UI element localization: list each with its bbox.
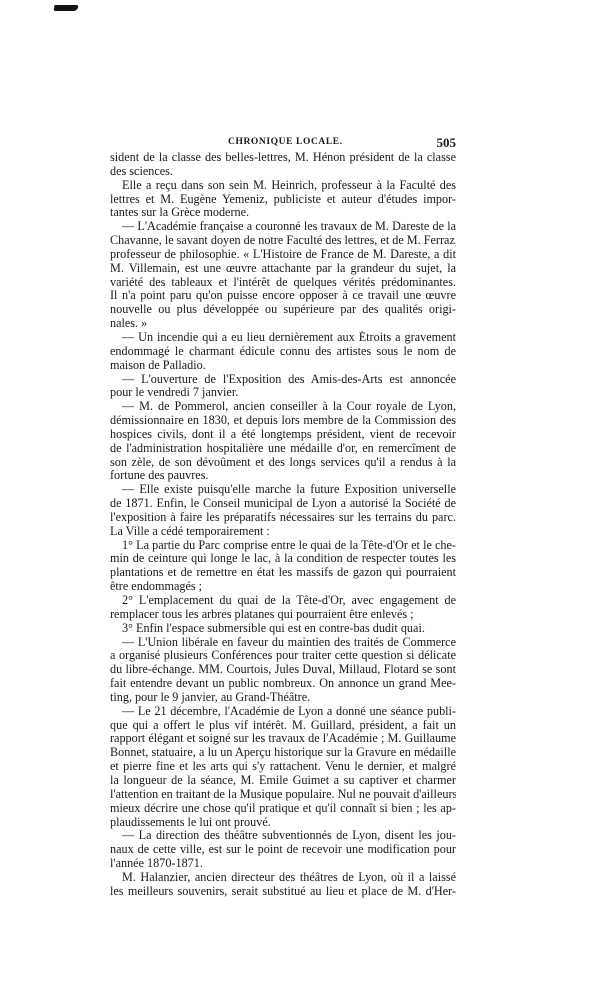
text-line: — La direction des théâtre subventionnés…	[110, 829, 456, 843]
text-line: rapport élégant et soigné sur les travau…	[110, 732, 456, 746]
text-line: la longueur de la séance, M. Emile Guime…	[110, 774, 456, 788]
text-line: — L'Union libérale en faveur du maintien…	[110, 636, 456, 650]
text-line: endommagé le charmant édicule connu des …	[110, 345, 456, 359]
text-line: ting, pour le 9 janvier, au Grand-Théâtr…	[110, 691, 456, 705]
text-line: Elle a reçu dans son sein M. Heinrich, p…	[110, 179, 456, 193]
text-line: professeur de philosophie. « L'Histoire …	[110, 248, 456, 262]
text-line: 2° L'emplacement du quai de la Tête-d'Or…	[110, 594, 456, 608]
text-line: que qui a offert le plus vif intérêt. M.…	[110, 719, 456, 733]
body-text: sident de la classe des belles-lettres, …	[110, 151, 456, 899]
page-header: CHRONIQUE LOCALE. 505	[110, 135, 456, 151]
text-line: Bonnet, statuaire, a lu un Aperçu histor…	[110, 746, 456, 760]
text-line: nouvelle ou plus développée ou supérieur…	[110, 303, 456, 317]
text-line: M. Villemain, est une œuvre attachante p…	[110, 262, 456, 276]
text-line: pour le vendredi 7 janvier.	[110, 386, 456, 400]
page-number: 505	[437, 135, 457, 151]
text-line: Chavanne, le savant doyen de notre Facul…	[110, 234, 456, 248]
text-line: des sciences.	[110, 165, 456, 179]
text-line: de 1871. Enfin, le Conseil municipal de …	[110, 497, 456, 511]
text-line: 3° Enfin l'espace submersible qui est en…	[110, 622, 456, 636]
text-line: — M. de Pommerol, ancien conseiller à la…	[110, 400, 456, 414]
text-line: sident de la classe des belles-lettres, …	[110, 151, 456, 165]
text-line: l'année 1870-1871.	[110, 857, 456, 871]
text-line: hospices civils, dont il a été longtemps…	[110, 428, 456, 442]
text-line: de l'administration hospitalière une méd…	[110, 442, 456, 456]
text-line: fait entendre devant un public nombreux.…	[110, 677, 456, 691]
text-line: — Un incendie qui a eu lieu dernièrement…	[110, 331, 456, 345]
text-line: fortune des pauvres.	[110, 469, 456, 483]
text-line: plaudissements le lui ont prouvé.	[110, 816, 456, 830]
text-line: — Elle existe puisqu'elle marche la futu…	[110, 483, 456, 497]
text-line: tantes sur la Grèce moderne.	[110, 206, 456, 220]
text-line: l'attention en traitant de la Musique po…	[110, 788, 456, 802]
text-line: du libre-échange. MM. Courtois, Jules Du…	[110, 663, 456, 677]
text-line: a organisé plusieurs Conférences pour tr…	[110, 649, 456, 663]
text-line: Il n'a point paru qu'on puisse encore op…	[110, 289, 456, 303]
text-line: — L'ouverture de l'Exposition des Amis-d…	[110, 373, 456, 387]
text-line: son zèle, de son dévoûment et des longs …	[110, 456, 456, 470]
text-line: et pierre fine et les arts qui s'y ratta…	[110, 760, 456, 774]
text-line: — Le 21 décembre, l'Académie de Lyon a d…	[110, 705, 456, 719]
text-line: lettres et M. Eugène Yemeniz, publiciste…	[110, 193, 456, 207]
running-title: CHRONIQUE LOCALE.	[228, 137, 343, 147]
text-line: M. Halanzier, ancien directeur des théât…	[110, 871, 456, 885]
text-line: démissionnaire en 1830, et depuis lors m…	[110, 414, 456, 428]
text-line: La Ville a cédé temporairement :	[110, 525, 456, 539]
text-line: les meilleurs souvenirs, serait substitu…	[110, 885, 456, 899]
text-line: variété des tableaux et l'intérêt de que…	[110, 276, 456, 290]
text-line: l'exposition à faire les préparatifs néc…	[110, 511, 456, 525]
text-line: min de ceinture qui longe le lac, à la c…	[110, 552, 456, 566]
text-line: maison de Palladio.	[110, 359, 456, 373]
text-line: nales. »	[110, 317, 456, 331]
text-line: remplacer tous les arbres platanes qui p…	[110, 608, 456, 622]
scan-artifact-mark	[53, 5, 78, 11]
text-line: — L'Académie française a couronné les tr…	[110, 220, 456, 234]
text-line: 1° La partie du Parc comprise entre le q…	[110, 539, 456, 553]
text-line: naux de cette ville, est sur le point de…	[110, 843, 456, 857]
text-line: mieux décrire une chose qu'il pratique e…	[110, 802, 456, 816]
text-line: plantations et de remettre en état les m…	[110, 566, 456, 580]
text-line: être endommagés ;	[110, 580, 456, 594]
